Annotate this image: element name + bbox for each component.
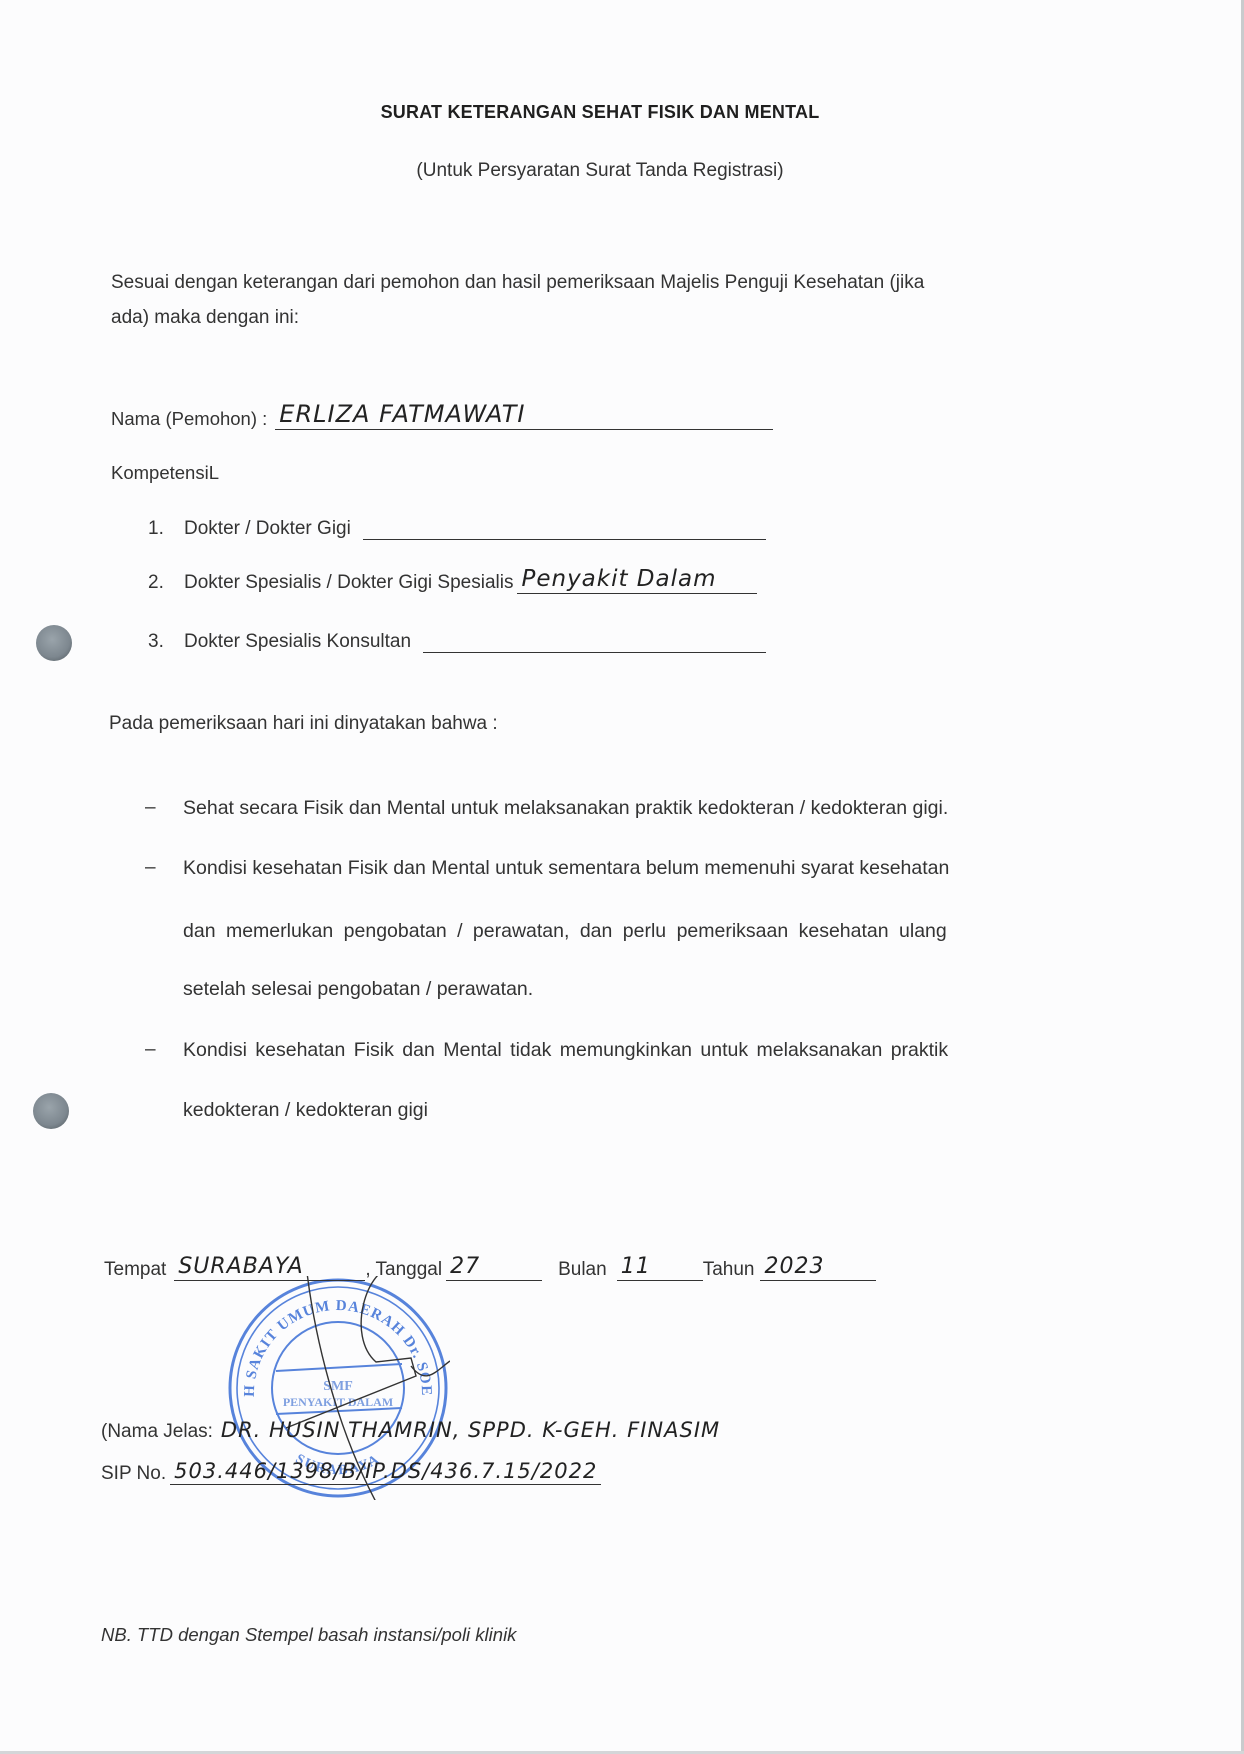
month-label: Bulan bbox=[558, 1259, 607, 1281]
intro-line-2: ada) maka dengan ini: bbox=[111, 307, 299, 329]
date-label: , Tanggal bbox=[365, 1259, 442, 1281]
sip-label: SIP No. bbox=[101, 1463, 166, 1485]
document-title: SURAT KETERANGAN SEHAT FISIK DAN MENTAL bbox=[0, 102, 1200, 123]
statement-2-line-3: setelah selesai pengobatan / perawatan. bbox=[183, 978, 533, 1001]
item-label: Dokter Spesialis Konsultan bbox=[184, 631, 411, 653]
date-input[interactable]: 27 bbox=[446, 1254, 542, 1281]
applicant-field: Nama (Pemohon) : ERLIZA FATMAWATI bbox=[111, 400, 773, 430]
statement-3-line-1: Kondisi kesehatan Fisik dan Mental tidak… bbox=[183, 1039, 948, 1062]
signatory-name-input[interactable]: DR. HUSIN THAMRIN, SPPD. K-GEH. FINASIM bbox=[217, 1418, 724, 1443]
sip-row: SIP No. 503.446/1398/B/IP.DS/436.7.15/20… bbox=[101, 1459, 601, 1485]
place-input[interactable]: SURABAYA bbox=[174, 1254, 365, 1281]
statement-3-line-2: kedokteran / kedokteran gigi bbox=[183, 1099, 428, 1122]
signatory-name-label: (Nama Jelas: bbox=[101, 1421, 213, 1443]
item-label: Dokter / Dokter Gigi bbox=[184, 518, 351, 540]
competence-item-3: 3. Dokter Spesialis Konsultan bbox=[148, 627, 766, 653]
year-input[interactable]: 2023 bbox=[760, 1254, 876, 1281]
footnote: NB. TTD dengan Stempel basah instansi/po… bbox=[101, 1624, 516, 1646]
competence-3-input[interactable] bbox=[423, 627, 766, 653]
applicant-name-input[interactable]: ERLIZA FATMAWATI bbox=[275, 400, 773, 430]
statement-1-line-1: Sehat secara Fisik dan Mental untuk mela… bbox=[183, 797, 948, 820]
competence-item-2: 2. Dokter Spesialis / Dokter Gigi Spesia… bbox=[148, 566, 757, 594]
place-date-row: Tempat SURABAYA , Tanggal 27 Bulan 11 Ta… bbox=[104, 1254, 876, 1281]
sip-number-input[interactable]: 503.446/1398/B/IP.DS/436.7.15/2022 bbox=[170, 1459, 601, 1485]
punch-hole-top bbox=[36, 625, 72, 661]
document-subtitle: (Untuk Persyaratan Surat Tanda Registras… bbox=[0, 160, 1200, 182]
statement-2-line-1: Kondisi kesehatan Fisik dan Mental untuk… bbox=[183, 857, 949, 880]
statement-1-dash: – bbox=[145, 797, 156, 819]
intro-line-1: Sesuai dengan keterangan dari pemohon da… bbox=[111, 272, 924, 294]
item-number: 3. bbox=[148, 631, 184, 653]
examination-intro: Pada pemeriksaan hari ini dinyatakan bah… bbox=[109, 713, 498, 735]
certificate-page: SURAT KETERANGAN SEHAT FISIK DAN MENTAL … bbox=[0, 0, 1244, 1754]
competence-1-input[interactable] bbox=[363, 514, 766, 540]
punch-hole-bottom bbox=[33, 1093, 69, 1129]
place-label: Tempat bbox=[104, 1259, 166, 1281]
statement-2-line-2: dan memerlukan pengobatan / perawatan, d… bbox=[183, 920, 947, 943]
statement-3-dash: – bbox=[145, 1039, 156, 1061]
stamp-inner-line-1: SMF bbox=[323, 1379, 353, 1394]
item-number: 2. bbox=[148, 572, 184, 594]
year-label: Tahun bbox=[703, 1259, 755, 1281]
statement-2-dash: – bbox=[145, 857, 156, 879]
item-number: 1. bbox=[148, 518, 184, 540]
competence-item-1: 1. Dokter / Dokter Gigi bbox=[148, 514, 766, 540]
competence-label: KompetensiL bbox=[111, 462, 219, 484]
month-input[interactable]: 11 bbox=[617, 1254, 703, 1281]
competence-2-input[interactable]: Penyakit Dalam bbox=[517, 566, 757, 594]
applicant-label: Nama (Pemohon) : bbox=[111, 408, 267, 430]
signatory-name-row: (Nama Jelas: DR. HUSIN THAMRIN, SPPD. K-… bbox=[101, 1418, 724, 1443]
item-label: Dokter Spesialis / Dokter Gigi Spesialis bbox=[184, 572, 513, 594]
